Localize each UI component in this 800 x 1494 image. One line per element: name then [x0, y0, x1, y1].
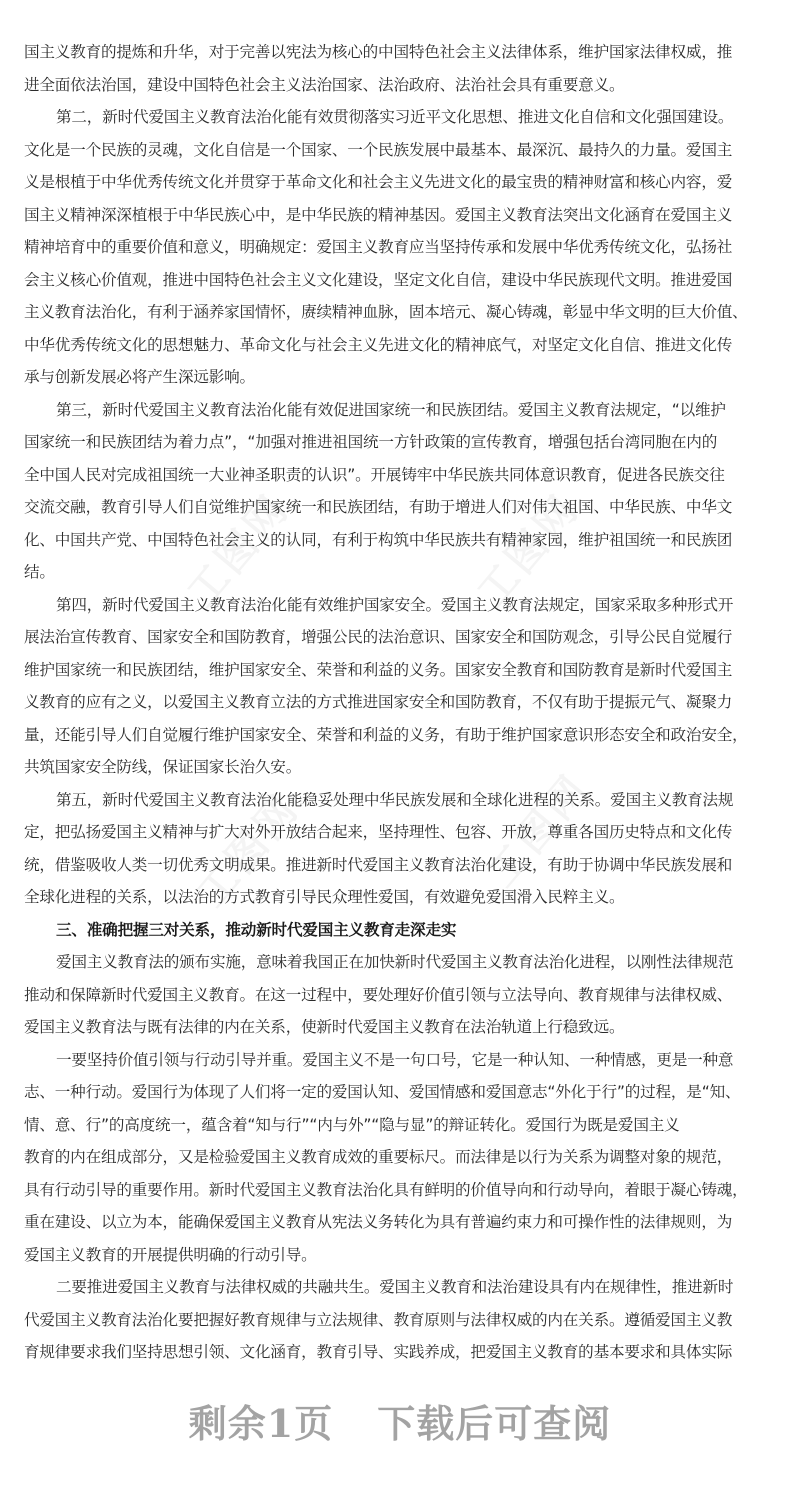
text-line: 国主义教育的提炼和升华，对于完善以宪法为核心的中国特色社会主义法律体系，维护国家…	[24, 36, 776, 69]
text-line: 精神培育中的重要价值和意义，明确规定：爱国主义教育应当坚持传承和发展中华优秀传统…	[24, 231, 776, 264]
text-line: 统，借鉴吸收人类一切优秀文明成果。推进新时代爱国主义教育法治化建设，有助于协调中…	[24, 849, 776, 882]
text-line: 代爱国主义教育法治化要把握好教育规律与立法规律、教育原则与法律权威的内在关系。遵…	[24, 1304, 776, 1337]
text-line: 一要坚持价值引领与行动引导并重。爱国主义不是一句口号，它是一种认知、一种情感，更…	[24, 1044, 776, 1077]
text-line: 第二，新时代爱国主义教育法治化能有效贯彻落实习近平文化思想、推进文化自信和文化强…	[24, 101, 776, 134]
text-line: 交流交融，教育引导人们自觉维护国家统一和民族团结，有助于增进人们对伟大祖国、中华…	[24, 491, 776, 524]
text-line: 主义教育法治化，有利于涵养家国情怀，赓续精神血脉，固本培元、凝心铸魂，彰显中华文…	[24, 296, 776, 329]
text-line: 爱国主义教育法与既有法律的内在关系，使新时代爱国主义教育在法治轨道上行稳致远。	[24, 1011, 776, 1044]
text-line: 全球化进程的关系，以法治的方式教育引导民众理性爱国，有效避免爱国滑入民粹主义。	[24, 881, 776, 914]
text-line: 情、意、行”的高度统一，蕴含着“知与行”“内与外”“隐与显”的辩证转化。爱国行为…	[24, 1109, 776, 1142]
text-line: 中华优秀传统文化的思想魅力、革命文化与社会主义先进文化的精神底气，对坚定文化自信…	[24, 329, 776, 362]
text-line: 第四，新时代爱国主义教育法治化能有效维护国家安全。爱国主义教育法规定，国家采取多…	[24, 589, 776, 622]
section-heading: 三、准确把握三对关系，推动新时代爱国主义教育走深走实	[24, 914, 776, 947]
text-line: 维护国家统一和民族团结，维护国家安全、荣誉和利益的义务。国家安全教育和国防教育是…	[24, 654, 776, 687]
text-line: 第三，新时代爱国主义教育法治化能有效促进国家统一和民族团结。爱国主义教育法规定，…	[24, 394, 776, 427]
text-line: 文化是一个民族的灵魂，文化自信是一个国家、一个民族发展中最基本、最深沉、最持久的…	[24, 134, 776, 167]
text-line: 育规律要求我们坚持思想引领、文化涵育，教育引导、实践养成，把爱国主义教育的基本要…	[24, 1336, 776, 1369]
text-line: 教育的内在组成部分，又是检验爱国主义教育成效的重要标尺。而法律是以行为关系为调整…	[24, 1141, 776, 1174]
download-hint-label: 下载后可查阅	[377, 1401, 611, 1446]
text-line: 重在建设、以立为本，能确保爱国主义教育从宪法义务转化为具有普遍约束力和可操作性的…	[24, 1206, 776, 1239]
text-line: 承与创新发展必将产生深远影响。	[24, 361, 776, 394]
text-line: 结。	[24, 556, 776, 589]
text-line: 国家统一和民族团结为着力点”，“加强对推进祖国统一方针政策的宣传教育，增强包括台…	[24, 426, 776, 459]
text-line: 全中国人民对完成祖国统一大业神圣职责的认识”。开展铸牢中华民族共同体意识教育，促…	[24, 459, 776, 492]
text-line: 志、一种行动。爱国行为体现了人们将一定的爱国认知、爱国情感和爱国意志“外化于行”…	[24, 1076, 776, 1109]
text-line: 第五，新时代爱国主义教育法治化能稳妥处理中华民族发展和全球化进程的关系。爱国主义…	[24, 784, 776, 817]
text-line: 国主义精神深深植根于中华民族心中，是中华民族的精神基因。爱国主义教育法突出文化涵…	[24, 199, 776, 232]
download-prompt[interactable]: 剩余1页下载后可查阅	[0, 1393, 800, 1448]
text-line: 义是根植于中华优秀传统文化并贯穿于革命文化和社会主义先进文化的最宝贵的精神财富和…	[24, 166, 776, 199]
text-line: 爱国主义教育的开展提供明确的行动引导。	[24, 1239, 776, 1272]
text-line: 义教育的应有之义，以爱国主义教育立法的方式推进国家安全和国防教育，不仅有助于提振…	[24, 686, 776, 719]
text-line: 共筑国家安全防线，保证国家长治久安。	[24, 751, 776, 784]
text-line: 爱国主义教育法的颁布实施，意味着我国正在加快新时代爱国主义教育法治化进程，以刚性…	[24, 946, 776, 979]
text-line: 二要推进爱国主义教育与法律权威的共融共生。爱国主义教育和法治建设具有内在规律性，…	[24, 1271, 776, 1304]
text-line: 会主义核心价值观，推进中国特色社会主义文化建设，坚定文化自信，建设中华民族现代文…	[24, 264, 776, 297]
remaining-pages-label: 剩余1页	[189, 1401, 333, 1446]
text-line: 进全面依法治国，建设中国特色社会主义法治国家、法治政府、法治社会具有重要意义。	[24, 69, 776, 102]
document-page: 国主义教育的提炼和升华，对于完善以宪法为核心的中国特色社会主义法律体系，维护国家…	[24, 36, 776, 1369]
text-line: 量，还能引导人们自觉履行维护国家安全、荣誉和利益的义务，有助于维护国家意识形态安…	[24, 719, 776, 752]
text-line: 定，把弘扬爱国主义精神与扩大对外开放结合起来，坚持理性、包容、开放，尊重各国历史…	[24, 816, 776, 849]
text-line: 推动和保障新时代爱国主义教育。在这一过程中，要处理好价值引领与立法导向、教育规律…	[24, 979, 776, 1012]
text-line: 展法治宣传教育、国家安全和国防教育，增强公民的法治意识、国家安全和国防观念，引导…	[24, 621, 776, 654]
text-line: 具有行动引导的重要作用。新时代爱国主义教育法治化具有鲜明的价值导向和行动导向，着…	[24, 1174, 776, 1207]
text-line: 化、中国共产党、中国特色社会主义的认同，有利于构筑中华民族共有精神家园，维护祖国…	[24, 524, 776, 557]
